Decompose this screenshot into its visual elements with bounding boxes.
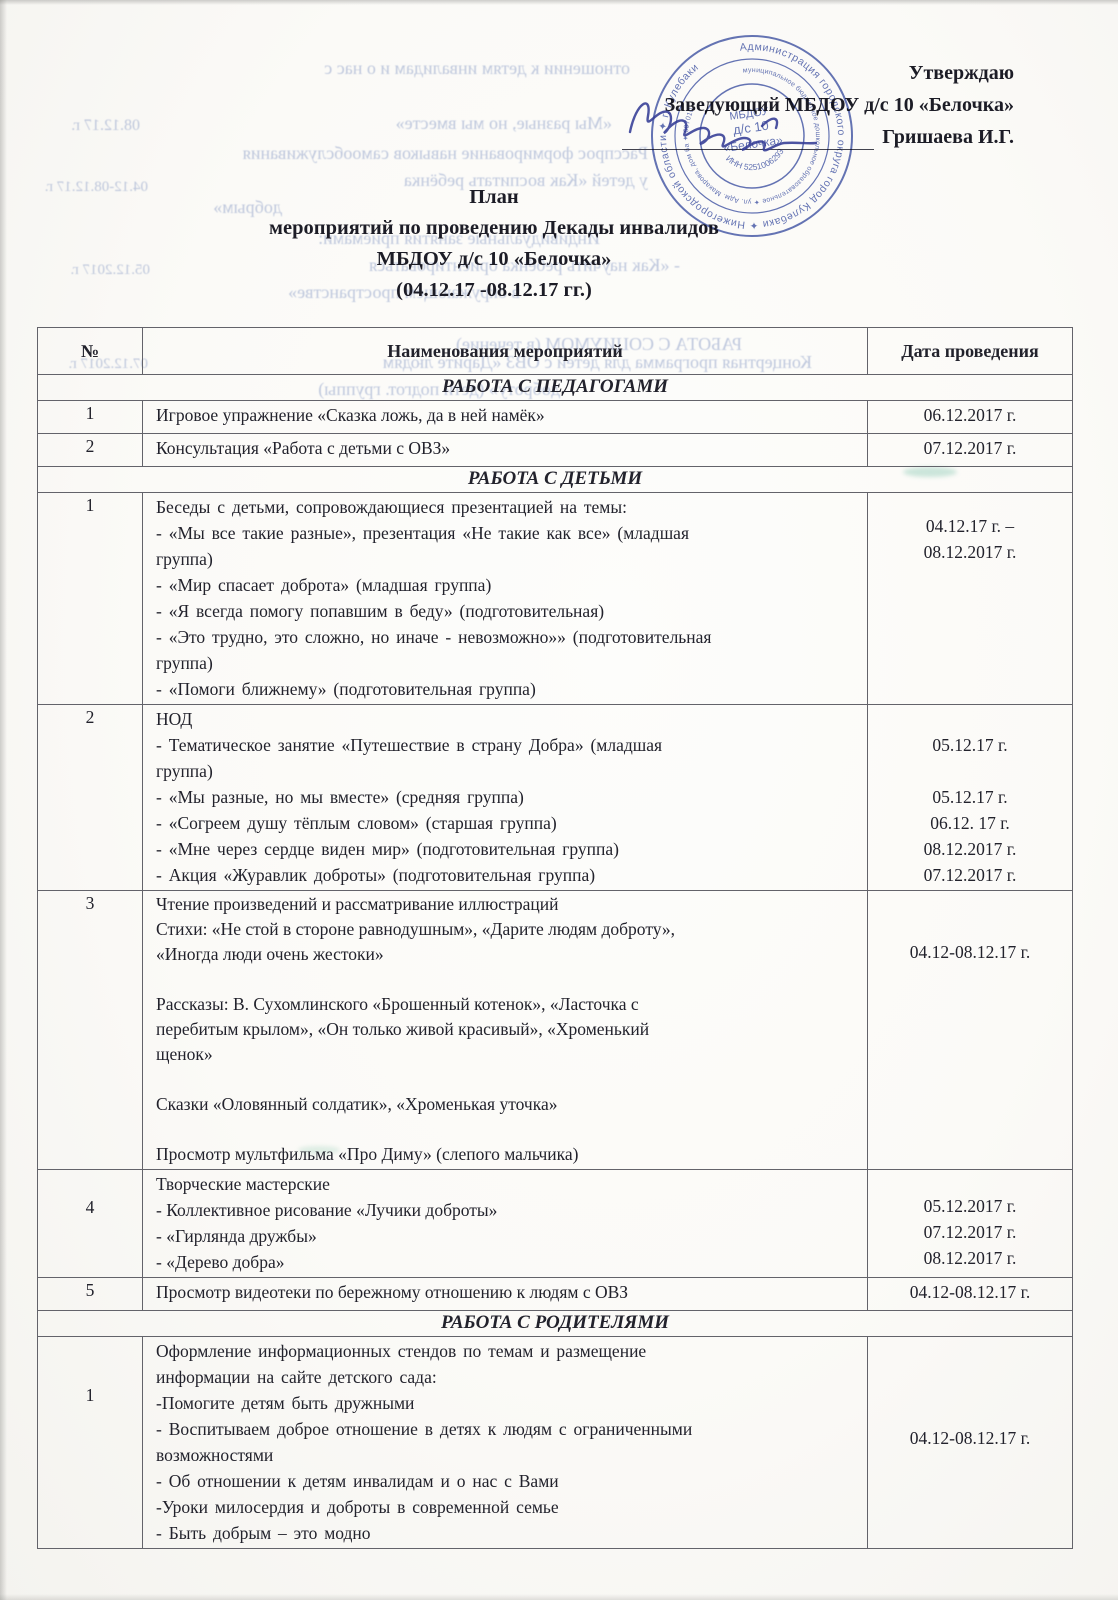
section-title-deti: РАБОТА С ДЕТЬМИ	[38, 467, 1073, 493]
section-header-row: РАБОТА С ПЕДАГОГАМИ	[38, 375, 1073, 401]
table-header-row: № Наименования мероприятий Дата проведен…	[38, 328, 1073, 375]
event-number-cell: 4	[38, 1170, 143, 1278]
event-name-cell: Консультация «Работа с детьми с ОВЗ»	[143, 434, 868, 467]
col-header-num: №	[38, 328, 143, 375]
scanned-document-page: отношении к детям инвалидам и о нас с«Мы…	[0, 0, 1118, 1600]
event-date-cell: 05.12.17 г. 05.12.17 г. 06.12. 17 г. 08.…	[868, 705, 1073, 891]
event-number-cell: 2	[38, 705, 143, 891]
event-name-cell: НОД - Тематическое занятие «Путешествие …	[143, 705, 868, 891]
table-row: 2 Консультация «Работа с детьми с ОВЗ» 0…	[38, 434, 1073, 467]
bleedthrough-text: Расспрос формирование навыков самообслуж…	[243, 142, 648, 164]
title-line-3: МБДОУ д/с 10 «Белочка»	[100, 244, 888, 275]
event-number-cell: 5	[38, 1278, 143, 1311]
col-header-name: Наименования мероприятий	[143, 328, 868, 375]
event-number-cell: 2	[38, 434, 143, 467]
event-name-cell: Творческие мастерские - Коллективное рис…	[143, 1170, 868, 1278]
event-number-cell: 3	[38, 891, 143, 1170]
table-row: 1 Оформление информационных стендов по т…	[38, 1337, 1073, 1549]
section-title-pedagogi: РАБОТА С ПЕДАГОГАМИ	[38, 375, 1073, 401]
events-table: № Наименования мероприятий Дата проведен…	[37, 327, 1073, 1549]
event-name-cell: Оформление информационных стендов по тем…	[143, 1337, 868, 1549]
scan-edge-shadow	[0, 0, 1118, 5]
scan-edge-shadow	[0, 0, 7, 1600]
event-number-cell: 1	[38, 493, 143, 705]
event-date-cell: 04.12-08.12.17 г.	[868, 891, 1073, 1170]
col-header-date: Дата проведения	[868, 328, 1073, 375]
event-date-cell: 05.12.2017 г. 07.12.2017 г. 08.12.2017 г…	[868, 1170, 1073, 1278]
bleedthrough-text: отношении к детям инвалидам и о нас с	[324, 57, 630, 79]
table-row: 2 НОД - Тематическое занятие «Путешестви…	[38, 705, 1073, 891]
table-row: 4 Творческие мастерские - Коллективное р…	[38, 1170, 1073, 1278]
signature	[612, 86, 902, 158]
section-title-roditeli: РАБОТА С РОДИТЕЛЯМИ	[38, 1311, 1073, 1337]
event-number-cell: 1	[38, 401, 143, 434]
scan-edge-shadow	[0, 1594, 1118, 1600]
bleedthrough-text: 08.12.17 г.	[71, 115, 140, 137]
event-date-cell: 07.12.2017 г.	[868, 434, 1073, 467]
title-line-4: (04.12.17 -08.12.17 гг.)	[100, 275, 888, 306]
event-name-cell: Чтение произведений и рассматривание илл…	[143, 891, 868, 1170]
event-date-cell: 04.12.17 г. – 08.12.2017 г.	[868, 493, 1073, 705]
event-name-cell: Беседы с детьми, сопровождающиеся презен…	[143, 493, 868, 705]
event-date-cell: 04.12-08.12.17 г.	[868, 1278, 1073, 1311]
table-row: 3 Чтение произведений и рассматривание и…	[38, 891, 1073, 1170]
table-row: 5 Просмотр видеотеки по бережному отноше…	[38, 1278, 1073, 1311]
table-row: 1 Беседы с детьми, сопровождающиеся през…	[38, 493, 1073, 705]
table-row: 1 Игровое упражнение «Сказка ложь, да в …	[38, 401, 1073, 434]
event-date-cell: 04.12-08.12.17 г.	[868, 1337, 1073, 1549]
section-header-row: РАБОТА С ДЕТЬМИ	[38, 467, 1073, 493]
section-header-row: РАБОТА С РОДИТЕЛЯМИ	[38, 1311, 1073, 1337]
event-name-cell: Просмотр видеотеки по бережному отношени…	[143, 1278, 868, 1311]
event-number-cell: 1	[38, 1337, 143, 1549]
event-date-cell: 06.12.2017 г.	[868, 401, 1073, 434]
bleedthrough-text: «Мы разные, но мы вместе»	[396, 112, 612, 134]
event-name-cell: Игровое упражнение «Сказка ложь, да в не…	[143, 401, 868, 434]
